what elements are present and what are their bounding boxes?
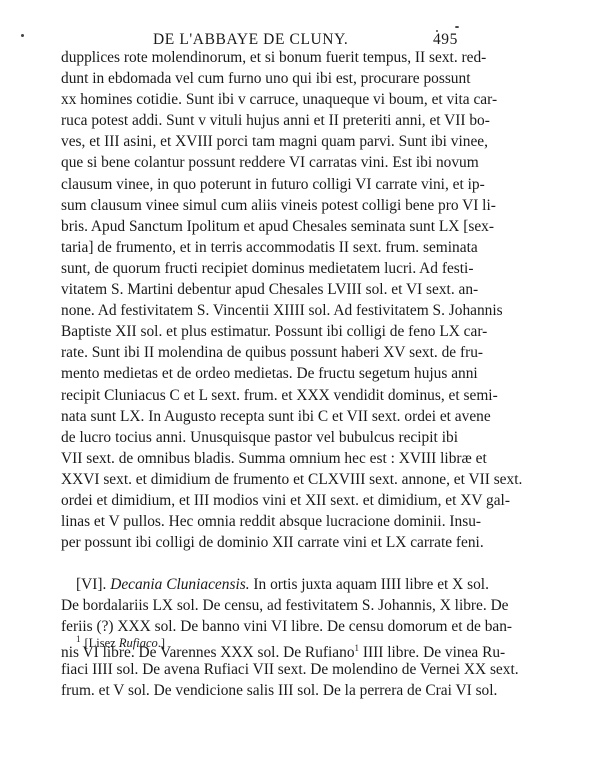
text-line: sum clausum vinee simul cum aliis vineis… xyxy=(61,195,458,216)
text-line: [VI]. Decania Cluniacensis. In ortis jux… xyxy=(61,574,458,595)
text-line: de lucro tocius anni. Unusquisque pastor… xyxy=(61,427,458,448)
paragraph-gap xyxy=(61,553,458,574)
text-line: sunt, de quorum fructi recipiet dominus … xyxy=(61,258,458,279)
text-line: vitatem S. Martini debentur apud Chesale… xyxy=(61,279,458,300)
text-line: rate. Sunt ibi II molendina de quibus po… xyxy=(61,342,458,363)
footnote-marker: 1 xyxy=(76,634,81,644)
text-line: recipit Cluniacus C et L sext. frum. et … xyxy=(61,385,458,406)
text-line: VII sext. de omnibus bladis. Summa omniu… xyxy=(61,448,458,469)
paragraph-1: dupplices rote molendinorum, et si bonum… xyxy=(61,47,458,553)
scan-speck xyxy=(21,34,24,37)
text-fragment: In ortis juxta aquam IIII libre et X sol… xyxy=(253,576,489,593)
text-line: per possunt ibi colligi de dominio XII c… xyxy=(61,532,458,553)
section-heading: Decania Cluniacensis. xyxy=(110,576,249,593)
footnote-italic: Rufiaco xyxy=(119,636,158,650)
text-line: fiaci IIII sol. De avena Rufiaci VII sex… xyxy=(61,659,458,680)
footnote-ref[interactable]: 1 xyxy=(355,643,360,653)
section-number: [VI]. xyxy=(76,576,106,593)
scan-speck xyxy=(455,26,459,28)
text-line: Baptiste XII sol. et plus estimatur. Pos… xyxy=(61,321,458,342)
text-line: bris. Apud Sanctum Ipolitum et apud Ches… xyxy=(61,216,458,237)
footnote-text: [Lisez xyxy=(85,636,119,650)
text-line: ves, et III asini, et XVIII porci tam ma… xyxy=(61,131,458,152)
text-line: none. Ad festivitatem S. Vincentii XIIII… xyxy=(61,300,458,321)
text-line: mento medietas et de ordeo medietas. De … xyxy=(61,363,458,384)
scan-speck xyxy=(436,30,438,32)
text-line: xx homines cotidie. Sunt ibi v carruce, … xyxy=(61,89,458,110)
text-line: linas et V pullos. Hec omnia reddit absq… xyxy=(61,511,458,532)
text-line: que si bene colantur possunt reddere VI … xyxy=(61,152,458,173)
text-line: ordei et dimidium, et III modios vini et… xyxy=(61,490,458,511)
text-line: dunt in ebdomada vel cum furno uno qui i… xyxy=(61,68,458,89)
page-body: dupplices rote molendinorum, et si bonum… xyxy=(61,47,458,701)
text-line: De bordalariis LX sol. De censu, ad fest… xyxy=(61,595,458,616)
footnote-text-close: .] xyxy=(158,636,165,650)
text-line: frum. et V sol. De vendicione salis III … xyxy=(61,680,458,701)
text-line: dupplices rote molendinorum, et si bonum… xyxy=(61,47,458,68)
footnote: 1[Lisez Rufiaco.] xyxy=(76,634,165,651)
text-line: clausum vinee, in quo poterunt in futuro… xyxy=(61,174,458,195)
text-line: ruca potest addi. Sunt v vituli hujus an… xyxy=(61,110,458,131)
text-line: taria] de frumento, et in terris accommo… xyxy=(61,237,458,258)
text-line: nata sunt LX. In Augusto recepta sunt ib… xyxy=(61,406,458,427)
text-line: XXVI sext. et dimidium de frumento et CL… xyxy=(61,469,458,490)
